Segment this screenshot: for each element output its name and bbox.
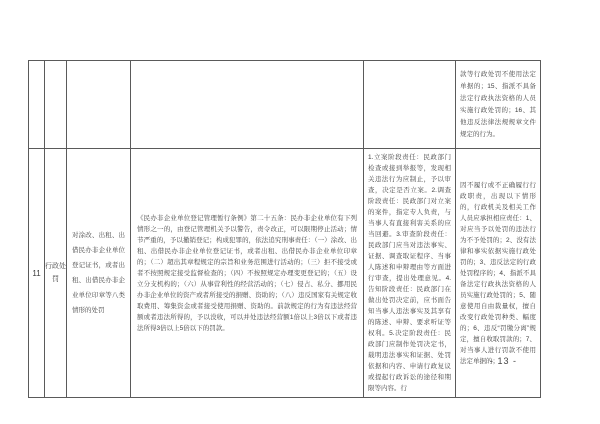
cont-duty-cell-empty xyxy=(364,61,456,149)
cont-category-cell-empty xyxy=(45,61,67,149)
implementation-duty-text: 1.立案阶段责任：民政部门检查或接到举报等，发现相关违法行为应制止，予以审查，决… xyxy=(364,149,455,397)
power-responsibility-table: 款等行政处罚不使用法定单据的；15、指派不具备法定行政执法资格的人员实施行政处罚… xyxy=(28,60,541,398)
legal-basis-text: 《民办非企业单位登记管理暂行条例》第二十五条：民办非企业单位有下列情形之一的，由… xyxy=(131,209,363,338)
accountability-text: 因不履行或不正确履行行政职责，出现以下情形的，行政机关及相关工作人员应承担相应责… xyxy=(456,177,540,370)
implementation-duty-cell: 1.立案阶段责任：民政部门检查或接到举报等，发现相关违法行为应制止，予以审查，决… xyxy=(364,149,456,398)
cont-item-cell-empty xyxy=(67,61,131,149)
row-sequence-number: 11 xyxy=(32,269,40,278)
table-row-continuation: 款等行政处罚不使用法定单据的；15、指派不具备法定行政执法资格的人员实施行政处罚… xyxy=(29,61,541,149)
power-category-label: 行政处罚 xyxy=(45,263,66,283)
legal-basis-cell: 《民办非企业单位登记管理暂行条例》第二十五条：民办非企业单位有下列情形之一的，由… xyxy=(131,149,364,398)
continuation-accountability-text: 款等行政处罚不使用法定单据的；15、指派不具备法定行政执法资格的人员实施行政处罚… xyxy=(456,66,540,144)
category-cell: 行政处罚 xyxy=(45,149,67,398)
power-name-cell: 对涂改、出租、出借民办非企业单位登记证书，或者出租、出借民办非企业单位印章等八类… xyxy=(67,149,131,398)
document-page: 款等行政处罚不使用法定单据的；15、指派不具备法定行政执法资格的人员实施行政处罚… xyxy=(0,0,600,424)
table-row-item-11: 11 行政处罚 对涂改、出租、出借民办非企业单位登记证书，或者出租、出借民办非企… xyxy=(29,149,541,398)
cont-legal-basis-cell-empty xyxy=(131,61,364,149)
seq-cell: 11 xyxy=(29,149,45,398)
cont-accountability-cell: 款等行政处罚不使用法定单据的；15、指派不具备法定行政执法资格的人员实施行政处罚… xyxy=(456,61,541,149)
power-name-text: 对涂改、出租、出借民办非企业单位登记证书，或者出租、出借民办非企业单位印章等八类… xyxy=(67,224,130,322)
page-number: - 13 - xyxy=(490,356,517,366)
cont-seq-cell-empty xyxy=(29,61,45,149)
